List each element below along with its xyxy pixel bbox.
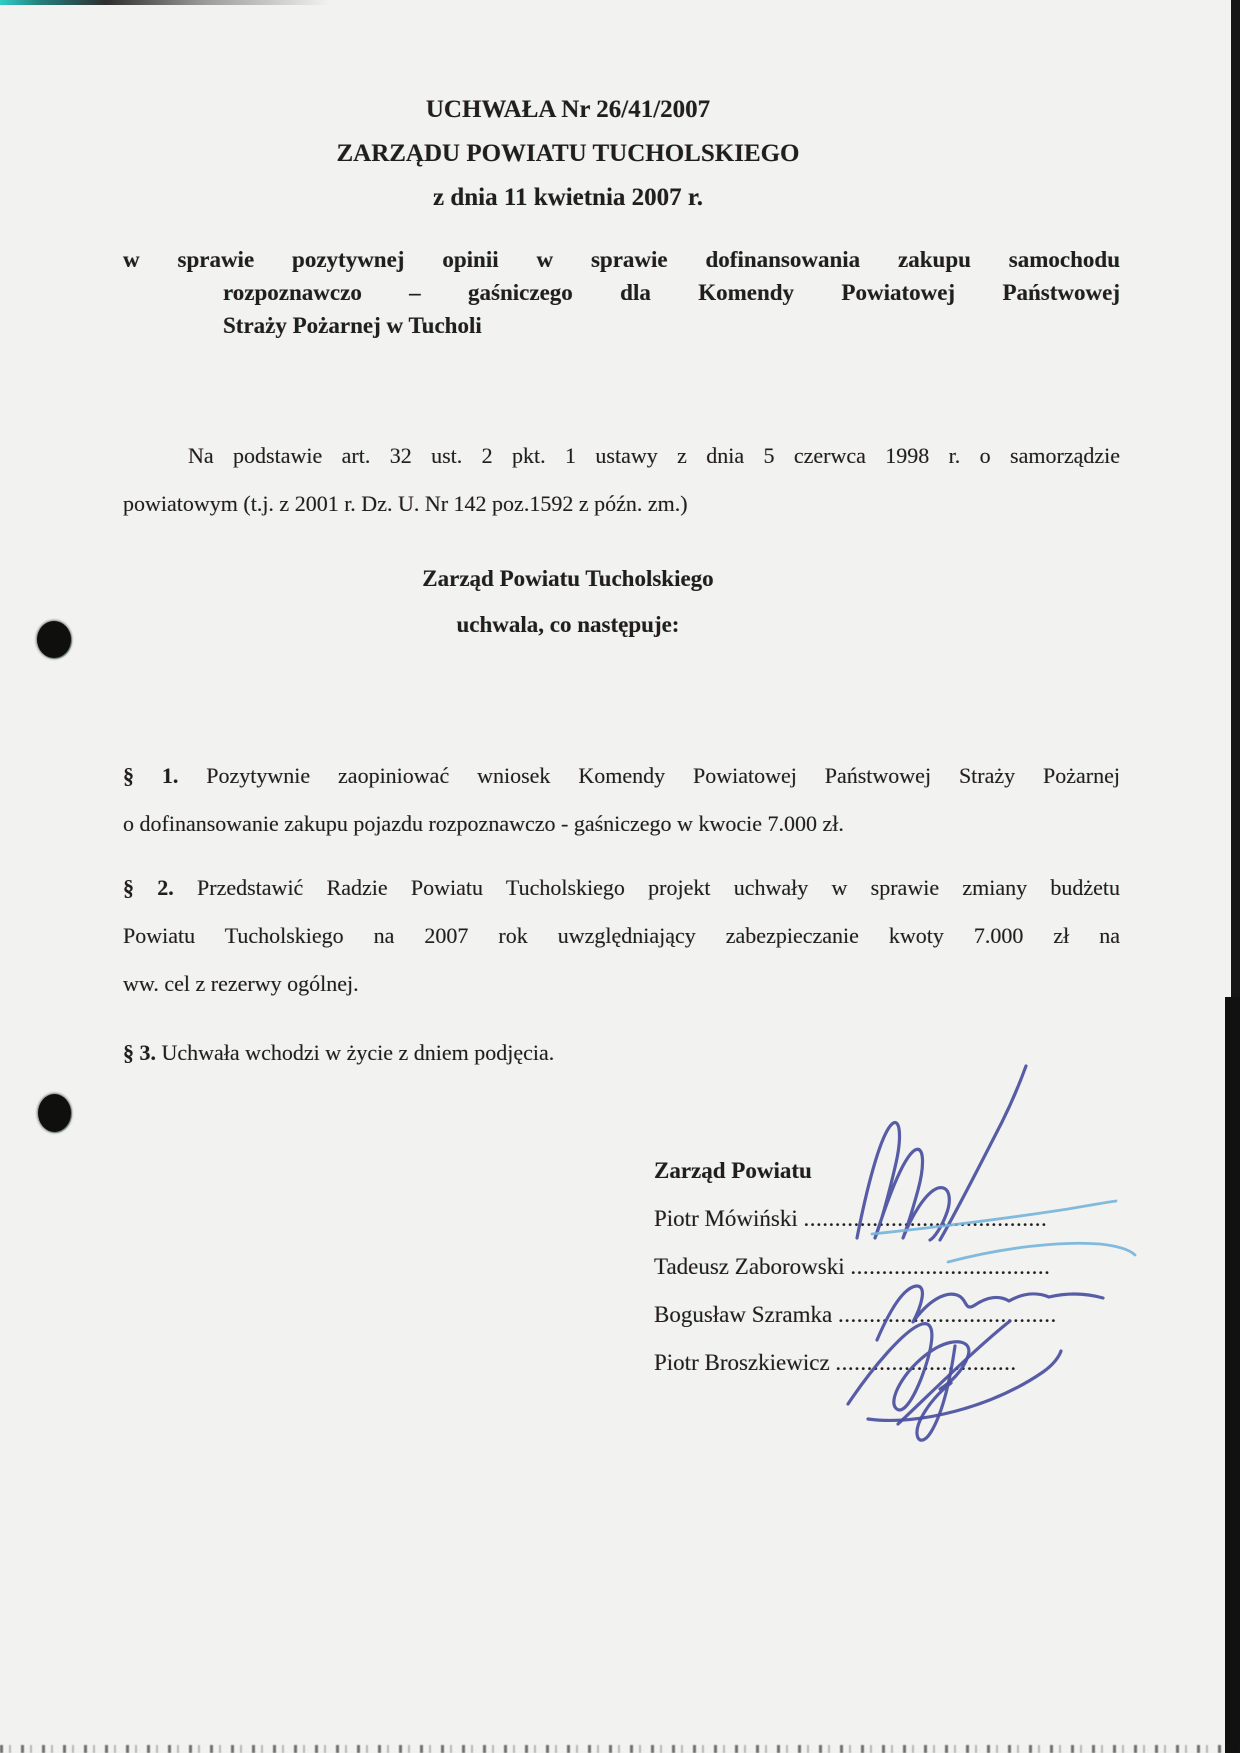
signatory-line: Bogusław Szramka .......................… bbox=[654, 1291, 1140, 1339]
subject-line: Straży Pożarnej w Tucholi bbox=[123, 309, 1120, 342]
resolution-date: z dnia 11 kwietnia 2007 r. bbox=[123, 176, 1013, 220]
signatory-line: Tadeusz Zaborowski .....................… bbox=[654, 1243, 1140, 1291]
legal-basis: Na podstawie art. 32 ust. 2 pkt. 1 ustaw… bbox=[123, 432, 1120, 528]
paragraph-1: § 1. Pozytywnie zaopiniować wniosek Kome… bbox=[123, 752, 1120, 848]
enacting-clause: uchwala, co następuje: bbox=[123, 602, 1013, 648]
section-marker: § 1. bbox=[123, 763, 178, 788]
paragraph-line: Powiatu Tucholskiego na 2007 rok uwzględ… bbox=[123, 912, 1120, 960]
legal-basis-line: powiatowym (t.j. z 2001 r. Dz. U. Nr 142… bbox=[123, 480, 1120, 528]
signature-block: Zarząd Powiatu Piotr Mówiński ..........… bbox=[654, 1147, 1140, 1387]
document-header: UCHWAŁA Nr 26/41/2007 ZARZĄDU POWIATU TU… bbox=[123, 88, 1013, 220]
paragraph-2: § 2. Przedstawić Radzie Powiatu Tucholsk… bbox=[123, 864, 1120, 1008]
enacting-formula: Zarząd Powiatu Tucholskiego uchwala, co … bbox=[123, 556, 1013, 648]
paragraph-line: § 3. Uchwała wchodzi w życie z dniem pod… bbox=[123, 1029, 1120, 1077]
section-marker: § 2. bbox=[123, 875, 174, 900]
signature-dotted-line: ....................................... bbox=[804, 1206, 1048, 1231]
signatory-line: Piotr Mówiński .........................… bbox=[654, 1195, 1140, 1243]
issuing-body: ZARZĄDU POWIATU TUCHOLSKIEGO bbox=[123, 132, 1013, 176]
signature-dotted-line: ................................ bbox=[850, 1254, 1050, 1279]
signatory-name: Piotr Mówiński bbox=[654, 1206, 798, 1231]
resolution-number: UCHWAŁA Nr 26/41/2007 bbox=[123, 88, 1013, 132]
punch-hole-mark bbox=[38, 1094, 71, 1132]
paragraph-line: o dofinansowanie zakupu pojazdu rozpozna… bbox=[123, 800, 1120, 848]
signatory-name: Tadeusz Zaborowski bbox=[654, 1254, 845, 1279]
signature-block-title: Zarząd Powiatu bbox=[654, 1147, 1140, 1195]
enacting-body: Zarząd Powiatu Tucholskiego bbox=[123, 556, 1013, 602]
paragraph-3: § 3. Uchwała wchodzi w życie z dniem pod… bbox=[123, 1029, 1120, 1077]
paragraph-text: Uchwała wchodzi w życie z dniem podjęcia… bbox=[162, 1040, 555, 1065]
paragraph-text: Pozytywnie zaopiniować wniosek Komendy P… bbox=[206, 763, 1120, 788]
paragraph-line: ww. cel z rezerwy ogólnej. bbox=[123, 960, 1120, 1008]
signatory-name: Piotr Broszkiewicz bbox=[654, 1350, 830, 1375]
signature-dotted-line: ............................. bbox=[835, 1350, 1016, 1375]
scan-edge-artifact-top bbox=[0, 0, 330, 5]
scanned-document-page: UCHWAŁA Nr 26/41/2007 ZARZĄDU POWIATU TU… bbox=[0, 0, 1240, 1753]
section-marker: § 3. bbox=[123, 1040, 156, 1065]
paragraph-line: § 2. Przedstawić Radzie Powiatu Tucholsk… bbox=[123, 864, 1120, 912]
paragraph-line: § 1. Pozytywnie zaopiniować wniosek Kome… bbox=[123, 752, 1120, 800]
signatory-line: Piotr Broszkiewicz .....................… bbox=[654, 1339, 1140, 1387]
legal-basis-line: Na podstawie art. 32 ust. 2 pkt. 1 ustaw… bbox=[123, 432, 1120, 480]
scan-edge-artifact-bottom bbox=[0, 1745, 1240, 1753]
document-subject: w sprawie pozytywnej opinii w sprawie do… bbox=[123, 243, 1120, 342]
paragraph-text: Przedstawić Radzie Powiatu Tucholskiego … bbox=[197, 875, 1120, 900]
scan-edge-artifact-right-wide bbox=[1225, 997, 1240, 1753]
punch-hole-mark bbox=[37, 621, 71, 658]
signature-dotted-line: ................................... bbox=[838, 1302, 1057, 1327]
subject-line: rozpoznawczo – gaśniczego dla Komendy Po… bbox=[123, 276, 1120, 309]
subject-line: w sprawie pozytywnej opinii w sprawie do… bbox=[123, 243, 1120, 276]
signatory-name: Bogusław Szramka bbox=[654, 1302, 832, 1327]
